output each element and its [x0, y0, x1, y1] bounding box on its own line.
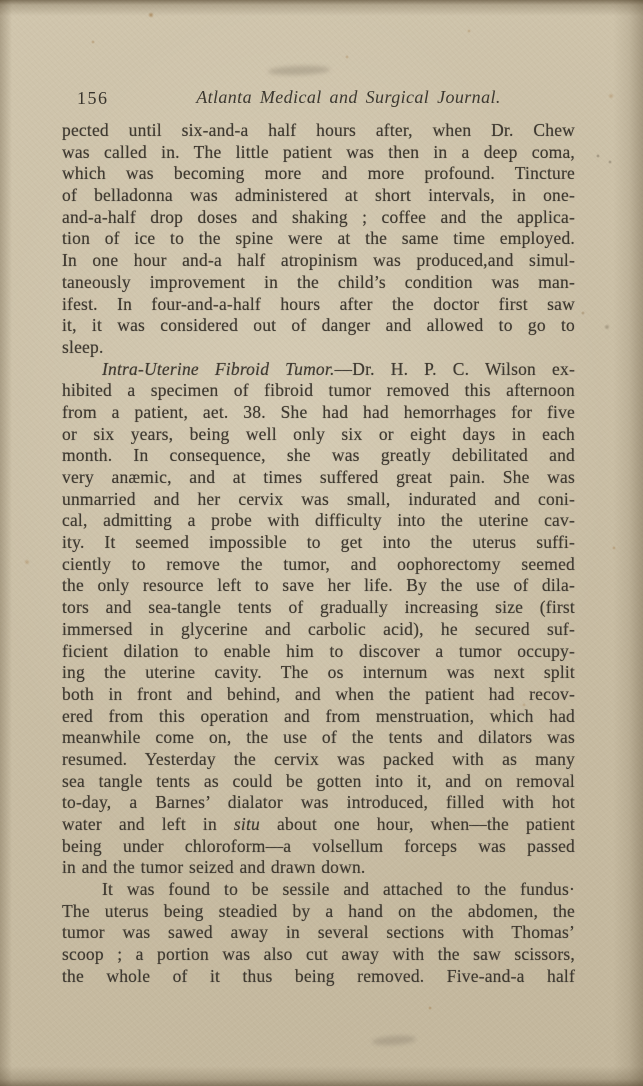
running-header: 156 Atlanta Medical and Surgical Journal… — [62, 87, 575, 111]
text-line: or six years, being well only six or eig… — [62, 424, 575, 446]
text-line: the only resource left to save her life.… — [62, 575, 575, 597]
text-line: immersed in glycerine and carbolic acid)… — [62, 619, 575, 641]
pencil-smudge-top — [268, 65, 330, 76]
text-line: In one hour and-a half atropinism was pr… — [62, 250, 575, 272]
text-line: ficient dilation to enable him to discov… — [62, 641, 575, 663]
text-segment: the only resource left to save her life.… — [62, 575, 575, 595]
text-line: sleep. — [62, 337, 575, 359]
text-line: Intra-Uterine Fibroid Tumor.—Dr. H. P. C… — [62, 359, 575, 381]
text-line: very anæmic, and at times suffered great… — [62, 467, 575, 489]
text-line: the whole of it thus being removed. Five… — [62, 966, 575, 988]
text-line: water and left in situ about one hour, w… — [62, 814, 575, 836]
text-segment: ity. It seemed impossible to get into th… — [62, 532, 575, 552]
text-segment: scoop ; a portion was also cut away with… — [62, 944, 575, 964]
pencil-smudge-bottom — [372, 1034, 417, 1046]
text-line: It was found to be sessile and attached … — [62, 879, 575, 901]
text-line: of belladonna was administered at short … — [62, 185, 575, 207]
text-line: scoop ; a portion was also cut away with… — [62, 944, 575, 966]
text-segment: ifest. In four-and-a-half hours after th… — [62, 294, 575, 314]
text-segment: meanwhile come on, the use of the tents … — [62, 727, 575, 747]
text-line: ity. It seemed impossible to get into th… — [62, 532, 575, 554]
journal-title: Atlanta Medical and Surgical Journal. — [122, 87, 575, 108]
text-segment: immersed in glycerine and carbolic acid)… — [62, 619, 575, 639]
text-segment: cal, admitting a probe with difficulty i… — [62, 510, 575, 530]
text-segment: the whole of it thus being removed. Five… — [62, 966, 575, 986]
text-segment: —Dr. H. P. C. Wilson ex- — [335, 359, 575, 379]
text-segment: to-day, a Barnes’ dialator was introduce… — [62, 792, 575, 812]
italic-text-segment: Intra-Uterine Fibroid Tumor. — [102, 359, 335, 379]
text-segment: ered from this operation and from menstr… — [62, 706, 575, 726]
text-line: tumor was sawed away in several sections… — [62, 922, 575, 944]
text-segment: tors and sea-tangle tents of gradually i… — [62, 597, 575, 617]
text-line: taneously improvement in the child’s con… — [62, 272, 575, 294]
text-line: from a patient, aet. 38. She had had hem… — [62, 402, 575, 424]
text-line: meanwhile come on, the use of the tents … — [62, 727, 575, 749]
text-segment: in and the tumor seized and drawn down. — [62, 857, 365, 877]
text-segment: which was becoming more and more profoun… — [62, 163, 575, 183]
text-line: in and the tumor seized and drawn down. — [62, 857, 575, 879]
text-line: month. In consequence, she was greatly d… — [62, 445, 575, 467]
text-segment: resumed. Yesterday the cervix was packed… — [62, 749, 575, 769]
text-line: The uterus being steadied by a hand on t… — [62, 901, 575, 923]
text-segment: The uterus being steadied by a hand on t… — [62, 901, 575, 921]
text-segment: and-a-half drop doses and shaking ; coff… — [62, 207, 575, 227]
text-segment: both in front and behind, and when the p… — [62, 684, 575, 704]
text-line: unmarried and her cervix was small, indu… — [62, 489, 575, 511]
text-line: hibited a specimen of fibroid tumor remo… — [62, 380, 575, 402]
text-line: sea tangle tents as could be gotten into… — [62, 771, 575, 793]
text-segment: was called in. The little patient was th… — [62, 142, 575, 162]
text-line: which was becoming more and more profoun… — [62, 163, 575, 185]
text-line: and-a-half drop doses and shaking ; coff… — [62, 207, 575, 229]
text-line: cal, admitting a probe with difficulty i… — [62, 510, 575, 532]
text-segment: it, it was considered out of danger and … — [62, 315, 575, 335]
page-number: 156 — [77, 88, 109, 109]
text-segment: from a patient, aet. 38. She had had hem… — [62, 402, 575, 422]
text-segment: hibited a specimen of fibroid tumor remo… — [62, 380, 575, 400]
text-line: both in front and behind, and when the p… — [62, 684, 575, 706]
text-segment: ficient dilation to enable him to discov… — [62, 641, 575, 661]
text-segment: ing the uterine cavity. The os internum … — [62, 662, 575, 682]
text-line: ifest. In four-and-a-half hours after th… — [62, 294, 575, 316]
text-line: pected until six-and-a half hours after,… — [62, 120, 575, 142]
text-segment: unmarried and her cervix was small, indu… — [62, 489, 575, 509]
text-segment: pected until six-and-a half hours after,… — [62, 120, 575, 140]
text-segment: very anæmic, and at times suffered great… — [62, 467, 575, 487]
text-segment: water and left in — [62, 814, 234, 834]
text-segment: It was found to be sessile and attached … — [102, 879, 575, 899]
text-segment: sea tangle tents as could be gotten into… — [62, 771, 575, 791]
text-segment: being under chloroform—a volsellum force… — [62, 836, 575, 856]
text-segment: about one hour, when—the patient — [260, 814, 575, 834]
text-line: tion of ice to the spine were at the sam… — [62, 228, 575, 250]
text-line: ing the uterine cavity. The os internum … — [62, 662, 575, 684]
text-segment: of belladonna was administered at short … — [62, 185, 575, 205]
text-segment: taneously improvement in the child’s con… — [62, 272, 575, 292]
text-line: it, it was considered out of danger and … — [62, 315, 575, 337]
text-line: was called in. The little patient was th… — [62, 142, 575, 164]
text-line: tors and sea-tangle tents of gradually i… — [62, 597, 575, 619]
text-line: ered from this operation and from menstr… — [62, 706, 575, 728]
text-segment: tumor was sawed away in several sections… — [62, 922, 575, 942]
text-segment: or six years, being well only six or eig… — [62, 424, 575, 444]
text-segment: sleep. — [62, 337, 104, 357]
text-line: being under chloroform—a volsellum force… — [62, 836, 575, 858]
scanned-journal-page: 156 Atlanta Medical and Surgical Journal… — [0, 0, 643, 1086]
text-line: resumed. Yesterday the cervix was packed… — [62, 749, 575, 771]
text-line: to-day, a Barnes’ dialator was introduce… — [62, 792, 575, 814]
text-segment: tion of ice to the spine were at the sam… — [62, 228, 575, 248]
body-lines: pected until six-and-a half hours after,… — [62, 120, 575, 988]
text-segment: month. In consequence, she was greatly d… — [62, 445, 575, 465]
text-line: ciently to remove the tumor, and oophore… — [62, 554, 575, 576]
italic-text-segment: situ — [234, 814, 260, 834]
text-segment: In one hour and-a half atropinism was pr… — [62, 250, 575, 270]
text-segment: ciently to remove the tumor, and oophore… — [62, 554, 575, 574]
